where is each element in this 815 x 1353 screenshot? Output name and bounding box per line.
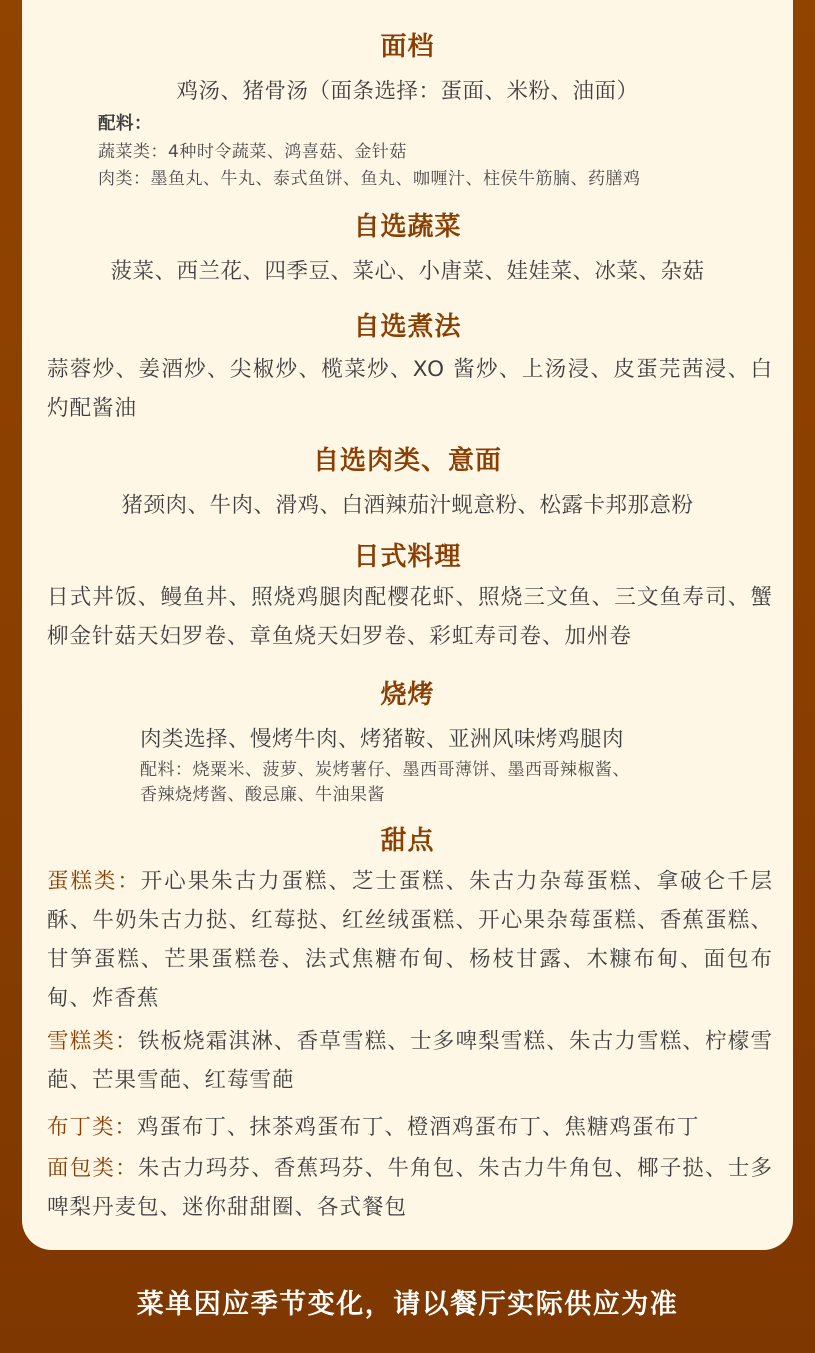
menu-card: 蛋黄鸡、鸡肉花炖蛋游、秋鸡、蛋饼馅浆蛋游 面档 鸡汤、猪骨汤（面条选择：蛋面、米…: [22, 0, 793, 1250]
pudding-label: 布丁类：: [47, 1115, 137, 1140]
toppings-label: 配料：: [98, 110, 152, 135]
icecream-label: 雪糕类：: [47, 1029, 138, 1054]
footer-notice: 菜单因应季节变化，请以餐厅实际供应为准: [0, 1282, 815, 1321]
section-title-noodles: 面档: [22, 26, 793, 63]
dessert-icecream: 雪糕类：铁板烧霜淇淋、香草雪糕、士多啤梨雪糕、朱古力雪糕、柠檬雪葩、芒果雪葩、红…: [47, 1022, 773, 1100]
vegetable-items: 菠菜、西兰花、四季豆、菜心、小唐菜、娃娃菜、冰菜、杂菇: [22, 254, 793, 285]
section-title-vegetables: 自选蔬菜: [22, 206, 793, 243]
section-title-desserts: 甜点: [22, 820, 793, 857]
cakes-label: 蛋糕类：: [47, 869, 141, 894]
section-title-bbq: 烧烤: [22, 674, 793, 711]
japanese-items: 日式丼饭、鳗鱼丼、照烧鸡腿肉配樱花虾、照烧三文鱼、三文鱼寿司、蟹柳金针菇天妇罗卷…: [47, 578, 773, 656]
cakes-items: 开心果朱古力蛋糕、芝士蛋糕、朱古力杂莓蛋糕、拿破仑千层酥、牛奶朱古力挞、红莓挞、…: [47, 869, 773, 1011]
section-title-japanese: 日式料理: [22, 536, 793, 573]
bread-label: 面包类：: [47, 1156, 138, 1181]
bbq-meats: 肉类选择、慢烤牛肉、烤猪鞍、亚洲风味烤鸡腿肉: [140, 722, 624, 753]
noodle-soup-options: 鸡汤、猪骨汤（面条选择：蛋面、米粉、油面）: [22, 74, 793, 105]
dessert-cakes: 蛋糕类：开心果朱古力蛋糕、芝士蛋糕、朱古力杂莓蛋糕、拿破仑千层酥、牛奶朱古力挞、…: [47, 862, 773, 1018]
bbq-sides-line1: 配料：烧粟米、菠萝、炭烤薯仔、墨西哥薄饼、墨西哥辣椒酱、: [140, 755, 630, 780]
bbq-sides-line2: 香辣烧烤酱、酸忌廉、牛油果酱: [140, 780, 385, 805]
dessert-pudding: 布丁类：鸡蛋布丁、抹茶鸡蛋布丁、橙酒鸡蛋布丁、焦糖鸡蛋布丁: [47, 1108, 773, 1147]
section-title-meat-pasta: 自选肉类、意面: [22, 440, 793, 477]
pudding-items: 鸡蛋布丁、抹茶鸡蛋布丁、橙酒鸡蛋布丁、焦糖鸡蛋布丁: [137, 1115, 700, 1140]
meat-pasta-items: 猪颈肉、牛肉、滑鸡、白酒辣茄汁蚬意粉、松露卡邦那意粉: [22, 488, 793, 519]
noodle-veg-toppings: 蔬菜类：4种时令蔬菜、鸿喜菇、金针菇: [98, 137, 407, 162]
section-title-cooking: 自选煮法: [22, 306, 793, 343]
dessert-bread: 面包类：朱古力玛芬、香蕉玛芬、牛角包、朱古力牛角包、椰子挞、士多啤梨丹麦包、迷你…: [47, 1149, 773, 1227]
noodle-meat-toppings: 肉类：墨鱼丸、牛丸、泰式鱼饼、鱼丸、咖喱汁、柱侯牛筋腩、药膳鸡: [98, 164, 641, 189]
icecream-items: 铁板烧霜淇淋、香草雪糕、士多啤梨雪糕、朱古力雪糕、柠檬雪葩、芒果雪葩、红莓雪葩: [47, 1029, 773, 1093]
cooking-items: 蒜蓉炒、姜酒炒、尖椒炒、榄菜炒、XO 酱炒、上汤浸、皮蛋芫茜浸、白灼配酱油: [47, 350, 773, 428]
bread-items: 朱古力玛芬、香蕉玛芬、牛角包、朱古力牛角包、椰子挞、士多啤梨丹麦包、迷你甜甜圈、…: [47, 1156, 773, 1220]
